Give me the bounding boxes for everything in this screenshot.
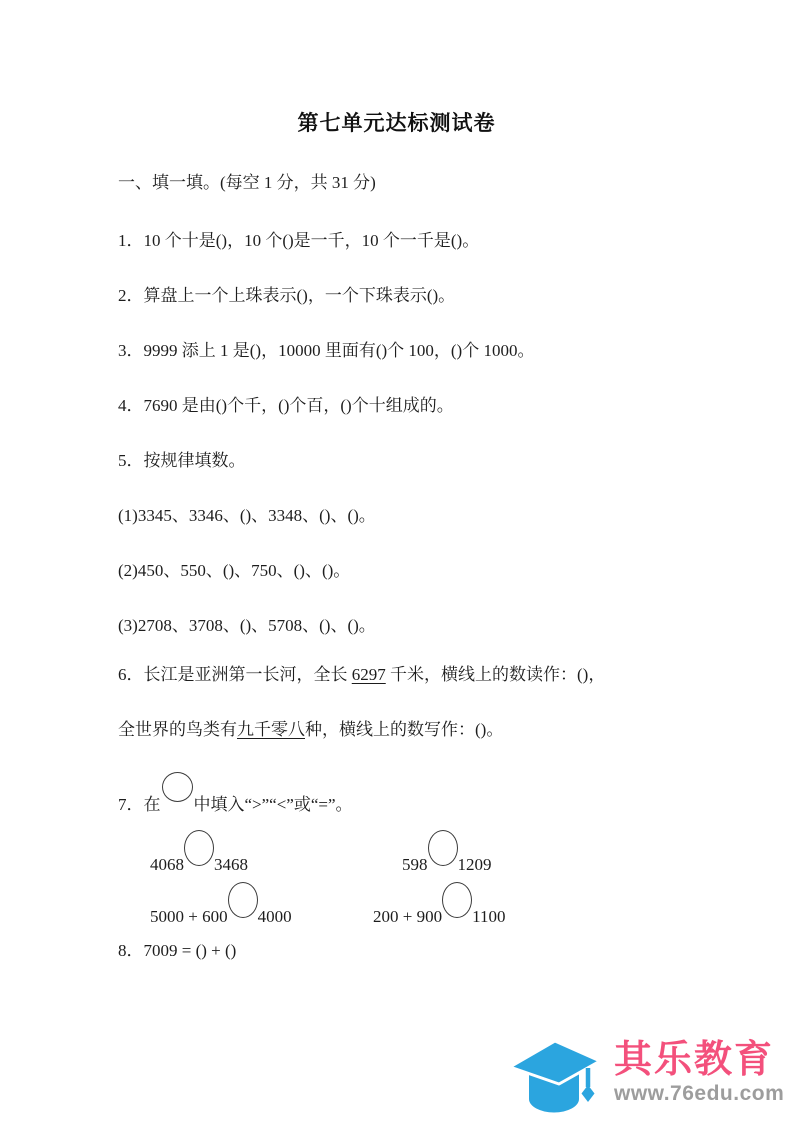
- footer-logo: 其乐教育 www.76edu.com: [508, 1038, 784, 1118]
- question-6-line1-pre: 6．长江是亚洲第一长河，全长: [118, 665, 352, 684]
- question-6-line-1: 6．长江是亚洲第一长河，全长 6297 千米，横线上的数读作：()，: [118, 662, 605, 688]
- underlined-bird-count: 九千零八: [237, 720, 305, 739]
- comparison-item-1: 40683468: [150, 830, 248, 878]
- comparison-left-value: 598: [402, 855, 428, 874]
- question-6-line2-post: 种，横线上的数写作：()。: [305, 720, 503, 739]
- comparison-right-value: 4000: [258, 907, 292, 926]
- question-5-item-3: (3)2708、3708、()、5708、()、()。: [118, 613, 376, 639]
- question-5-item-1: (1)3345、3346、()、3348、()、()。: [118, 503, 376, 529]
- question-1: 1．10 个十是()，10 个()是一千，10 个一千是()。: [118, 228, 479, 254]
- question-5: 5．按规律填数。: [118, 448, 246, 474]
- question-7-pre: 7．在: [118, 795, 161, 814]
- question-7: 7．在中填入“>”“<”或“=”。: [118, 772, 353, 818]
- comparison-item-3: 5000 + 6004000: [150, 882, 292, 930]
- question-7-post: 中填入“>”“<”或“=”。: [194, 795, 353, 814]
- comparison-right-value: 1209: [458, 855, 492, 874]
- answer-circle: [442, 882, 472, 918]
- section-heading: 一、填一填。(每空 1 分，共 31 分): [118, 170, 376, 196]
- website-url: www.76edu.com: [614, 1082, 784, 1105]
- answer-circle: [184, 830, 214, 866]
- answer-circle: [428, 830, 458, 866]
- question-2: 2．算盘上一个上珠表示()，一个下珠表示()。: [118, 283, 455, 309]
- comparison-item-4: 200 + 9001100: [373, 882, 505, 930]
- page-title: 第七单元达标测试卷: [0, 110, 793, 138]
- answer-circle: [162, 772, 193, 802]
- brand-name: 其乐教育: [614, 1038, 784, 1082]
- comparison-left-value: 200 + 900: [373, 907, 442, 926]
- question-4: 4．7690 是由()个千，()个百，()个十组成的。: [118, 393, 454, 419]
- comparison-right-value: 3468: [214, 855, 248, 874]
- comparison-left-value: 4068: [150, 855, 184, 874]
- question-6-line-2: 全世界的鸟类有九千零八种，横线上的数写作：()。: [118, 717, 503, 743]
- comparison-right-value: 1100: [472, 907, 505, 926]
- question-6-line1-post: 千米，横线上的数读作：()，: [386, 665, 606, 684]
- comparison-left-value: 5000 + 600: [150, 907, 228, 926]
- document-page: 第七单元达标测试卷 一、填一填。(每空 1 分，共 31 分) 1．10 个十是…: [0, 0, 793, 1122]
- question-5-item-2: (2)450、550、()、750、()、()。: [118, 558, 350, 584]
- answer-circle: [228, 882, 258, 918]
- underlined-length-value: 6297: [352, 665, 386, 684]
- graduation-cap-icon: [508, 1040, 602, 1118]
- comparison-item-2: 5981209: [402, 830, 492, 878]
- question-6-line2-pre: 全世界的鸟类有: [118, 720, 237, 739]
- question-8: 8．7009 = () + (): [118, 938, 236, 964]
- question-3: 3．9999 添上 1 是()，10000 里面有()个 100，()个 100…: [118, 338, 534, 364]
- logo-text-block: 其乐教育 www.76edu.com: [614, 1038, 784, 1105]
